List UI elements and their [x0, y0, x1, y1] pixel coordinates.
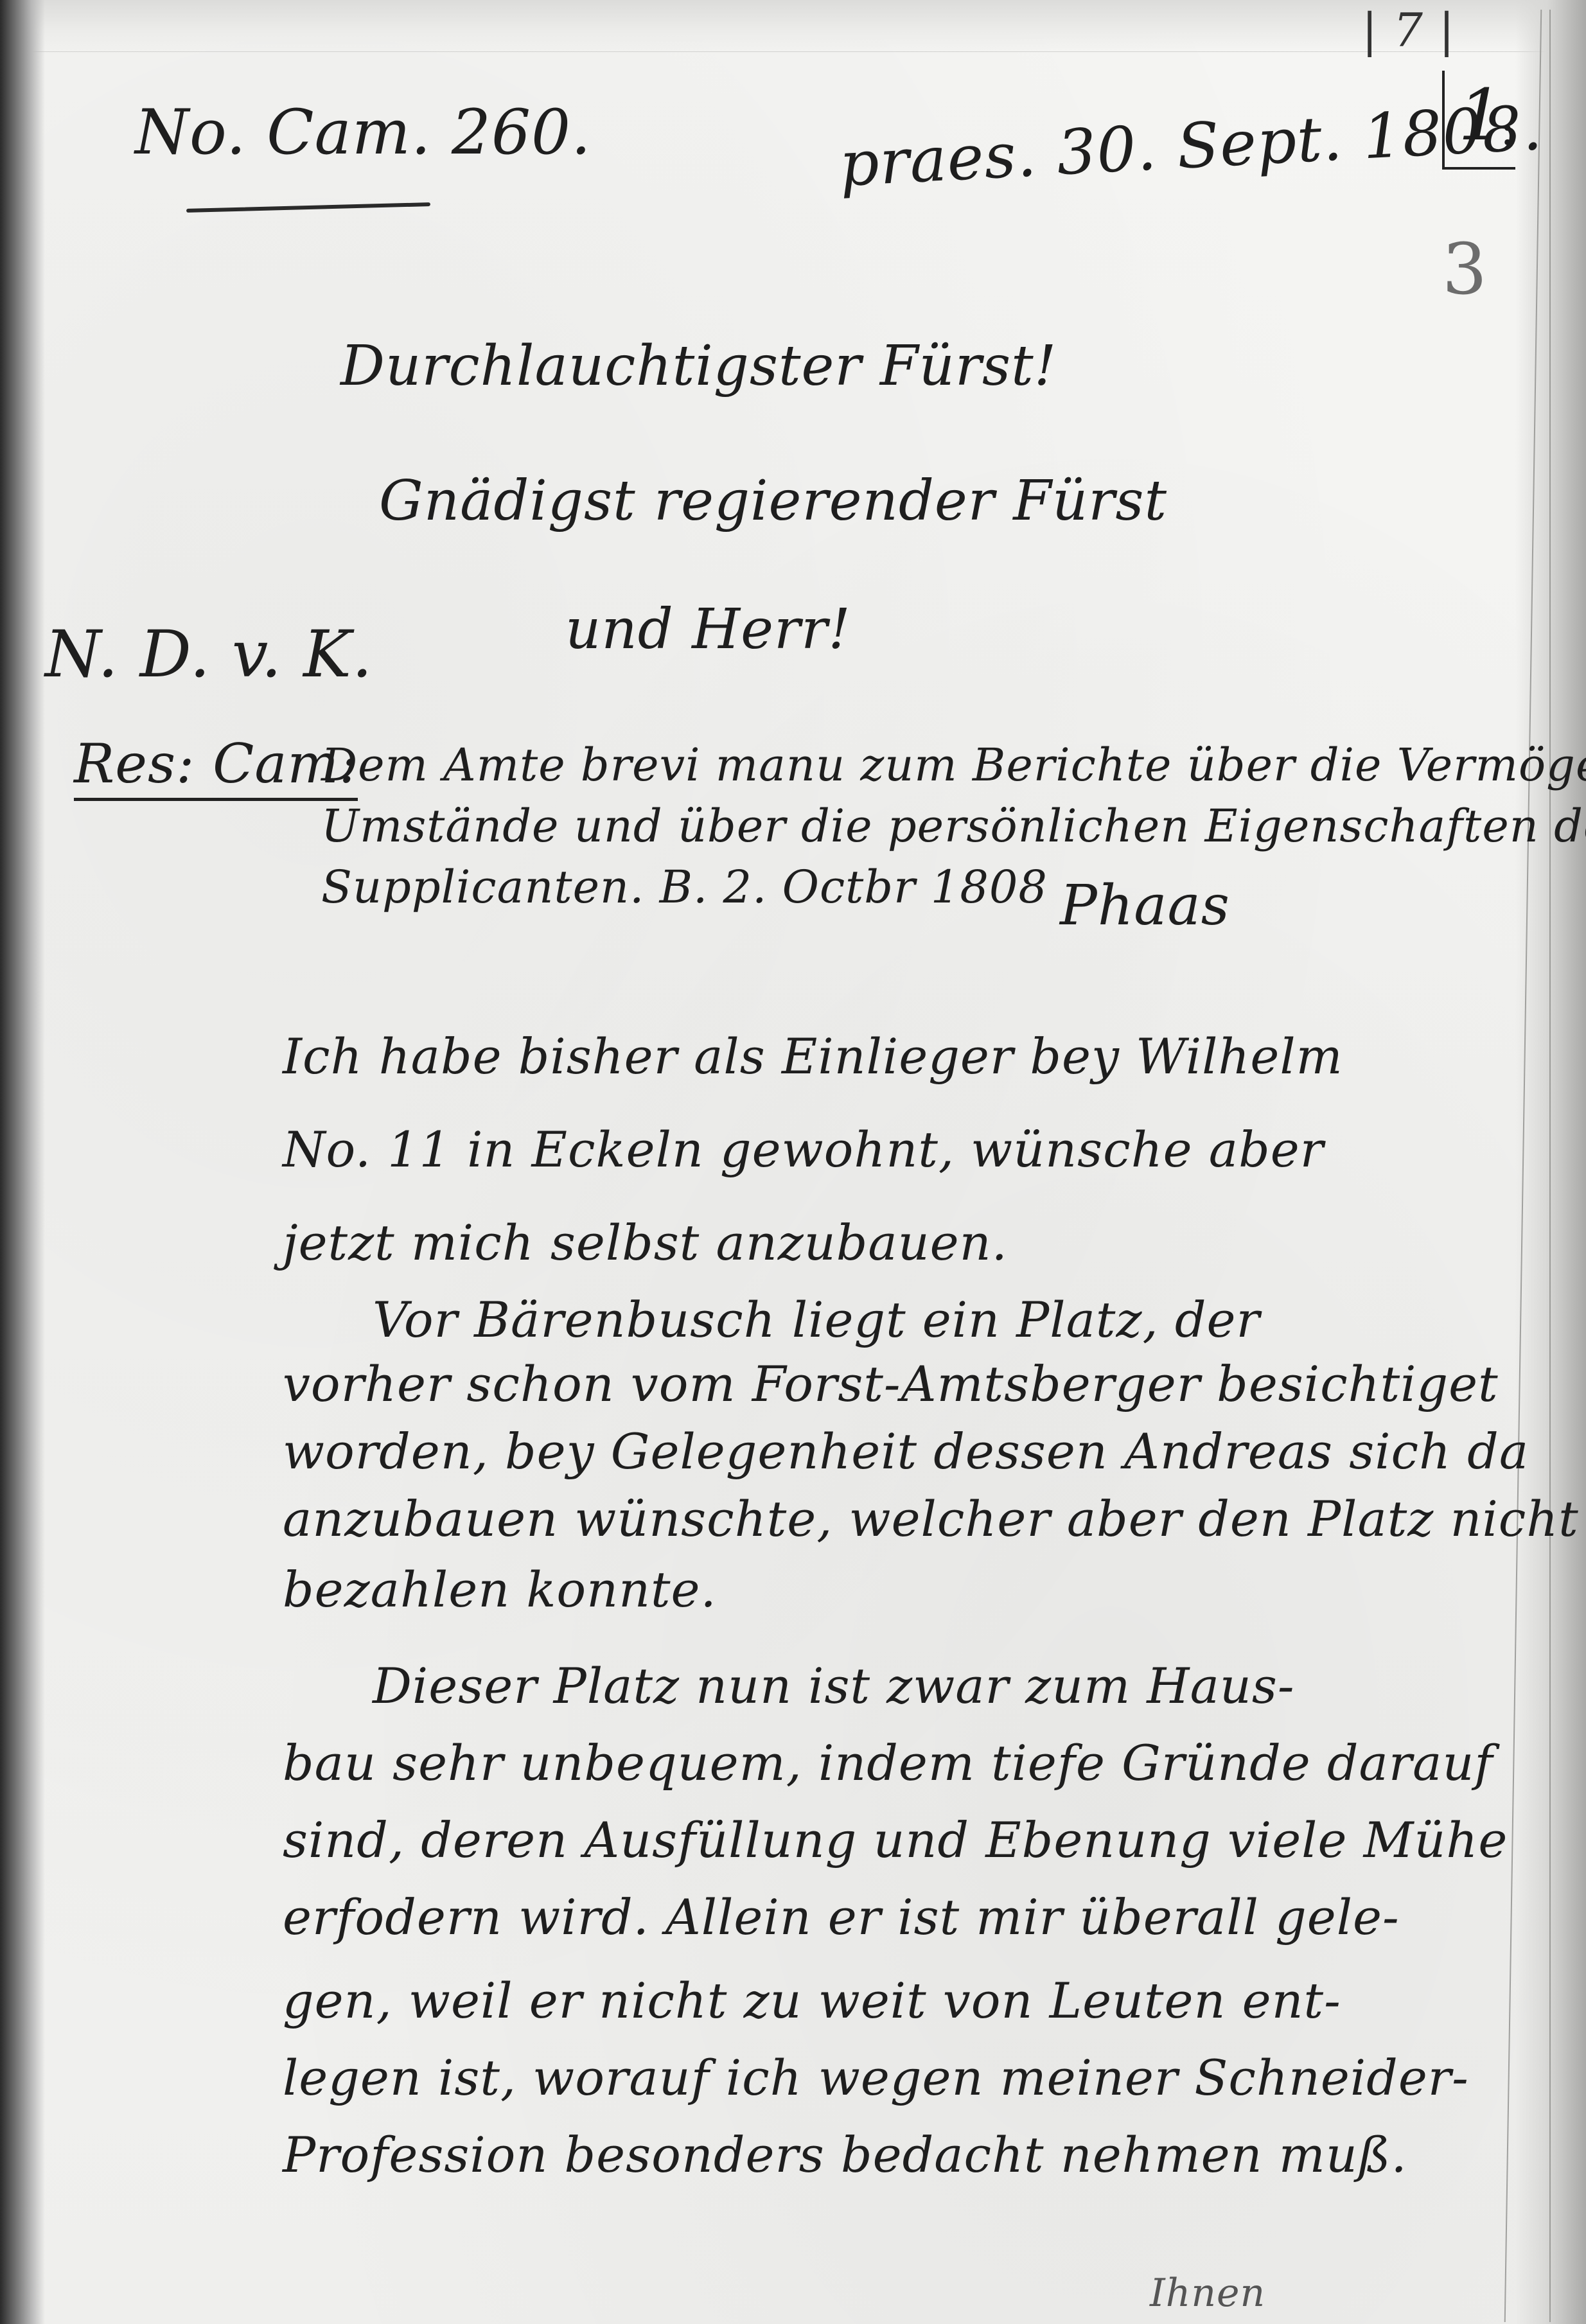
body-line: worden, bey Gelegenheit dessen Andreas s…: [283, 1423, 1529, 1480]
resolution-signature: Phaas: [1060, 874, 1230, 938]
margin-note: N. D. v. K.: [45, 617, 373, 692]
body-line: bezahlen konnte.: [283, 1561, 717, 1618]
salutation-line: Durchlauchtigster Fürst!: [340, 334, 1057, 398]
body-line: vorher schon vom Forst-Amtsberger besich…: [283, 1355, 1499, 1413]
top-right-mark: | 7 |: [1362, 3, 1455, 57]
pencil-page-number: 3: [1442, 228, 1488, 310]
body-line: sind, deren Ausfüllung und Ebenung viele…: [283, 1811, 1508, 1869]
body-line: Profession besonders bedacht nehmen muß.: [283, 2126, 1407, 2183]
folio-colon: :: [1500, 103, 1515, 155]
binding-shadow: [0, 0, 45, 2324]
reference-number: No. Cam. 260.: [135, 96, 592, 168]
body-line: legen ist, worauf ich wegen meiner Schne…: [283, 2049, 1469, 2106]
body-line: gen, weil er nicht zu weit von Leuten en…: [283, 1972, 1341, 2029]
margin-rule: [1549, 10, 1551, 2322]
paper-right-edge: [1515, 0, 1586, 2324]
body-line: Ich habe bisher als Einlieger bey Wilhel…: [283, 1028, 1343, 1085]
body-line: No. 11 in Eckeln gewohnt, wünsche aber: [283, 1121, 1324, 1178]
document-page: No. Cam. 260. praes. 30. Sept. 1808. | 7…: [0, 0, 1586, 2324]
received-date-note: praes. 30. Sept. 1808.: [838, 92, 1544, 200]
resolution-line: Dem Amte brevi manu zum Berichte über di…: [321, 739, 1586, 791]
salutation-line: und Herr!: [565, 597, 851, 662]
body-line: jetzt mich selbst anzubauen.: [283, 1214, 1008, 1271]
body-line: bau sehr unbequem, indem tiefe Gründe da…: [283, 1734, 1493, 1791]
resolution-label: Res: Cam:: [74, 732, 358, 801]
body-line: anzubauen wünschte, welcher aber den Pla…: [283, 1490, 1579, 1547]
salutation-line: Gnädigst regierender Fürst: [379, 469, 1167, 533]
resolution-line: Supplicanten. B. 2. Octbr 1808: [321, 861, 1048, 913]
reference-underline-flourish: [186, 202, 430, 213]
folio-number: 1: [1458, 74, 1503, 156]
bottom-catchword: Ihnen: [1150, 2271, 1265, 2316]
resolution-line: Umstände und über die persönlichen Eigen…: [321, 800, 1586, 852]
body-line: Dieser Platz nun ist zwar zum Haus-: [283, 1657, 1295, 1714]
body-line: erfodern wird. Allein er ist mir überall…: [283, 1888, 1400, 1946]
paper-top-fold: [0, 0, 1586, 52]
body-line: Vor Bärenbusch liegt ein Platz, der: [283, 1291, 1260, 1348]
